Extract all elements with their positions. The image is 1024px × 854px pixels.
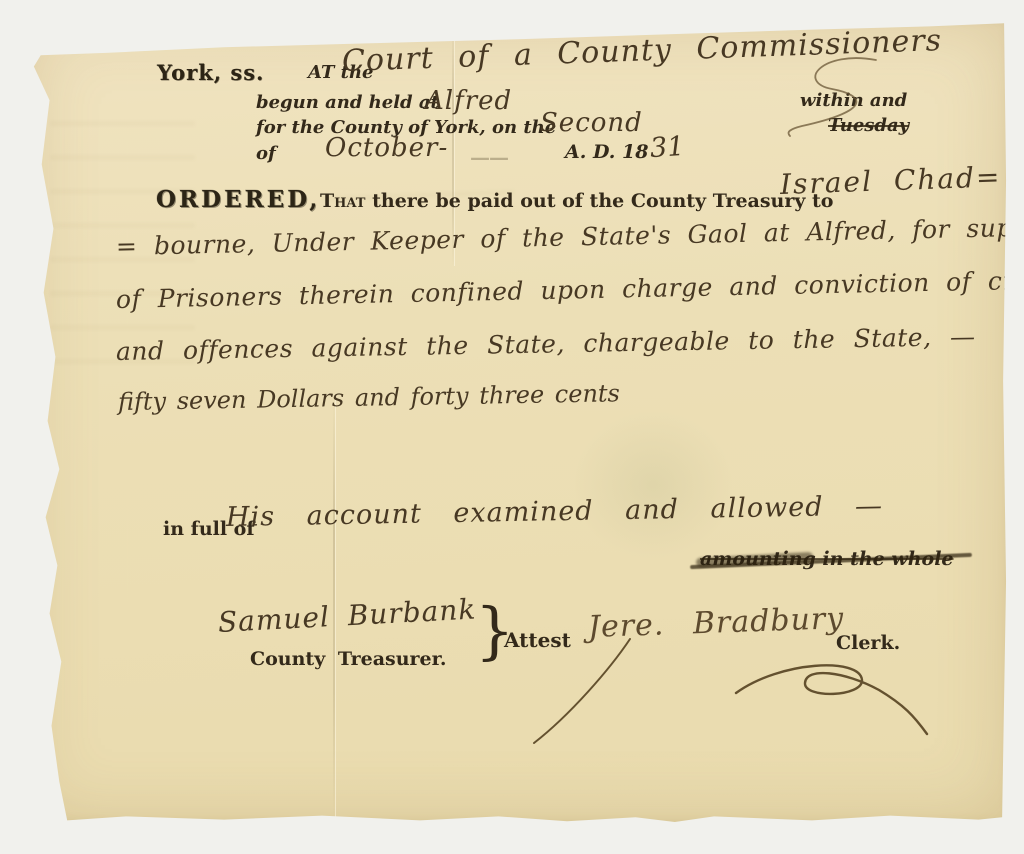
ordered-clause: That there be paid out of the County Tre… <box>320 190 833 212</box>
treasurer-signature: Samuel Burbank <box>217 592 477 638</box>
printed-that: That <box>320 190 365 212</box>
signature-flourish <box>508 635 938 753</box>
ordered-label: ORDERED, <box>156 186 320 213</box>
account-handwritten: His account examined and allowed — <box>226 491 884 533</box>
printed-of: of <box>256 143 276 164</box>
ordinal-handwritten: Second <box>540 108 643 138</box>
scan-background: York, ss. AT the Court of a County Commi… <box>0 0 1024 854</box>
place-handwritten: Alfred <box>425 86 512 116</box>
bleed-through-center <box>573 410 733 560</box>
printed-blank-line: —— <box>470 145 508 169</box>
body-line-4-handwritten: and offences against the State, chargeab… <box>116 322 976 366</box>
printed-amounting-struck: amounting in the whole <box>700 548 954 570</box>
document-paper: York, ss. AT the Court of a County Commi… <box>28 20 1008 822</box>
printed-begun-held: begun and held at <box>256 92 439 113</box>
month-handwritten: October- <box>325 133 448 163</box>
county-label: York, ss. <box>157 60 264 85</box>
printed-paid-clause: there be paid out of the County Treasury… <box>372 190 833 212</box>
body-line-3-handwritten: of Prisoners therein confined upon charg… <box>116 265 1024 314</box>
pen-curl-flourish <box>780 52 890 138</box>
body-line-2-handwritten: = bourne, Under Keeper of the State's Ga… <box>116 212 1024 261</box>
year-handwritten: 31 <box>649 131 685 164</box>
paper-surface: York, ss. AT the Court of a County Commi… <box>28 20 1008 822</box>
printed-ad-18: A. D. 18 <box>565 141 648 163</box>
body-line-5-handwritten: fifty seven Dollars and forty three cent… <box>118 379 620 416</box>
payee-handwritten: Israel Chad= <box>779 160 1001 201</box>
treasurer-title: County Treasurer. <box>250 648 447 670</box>
